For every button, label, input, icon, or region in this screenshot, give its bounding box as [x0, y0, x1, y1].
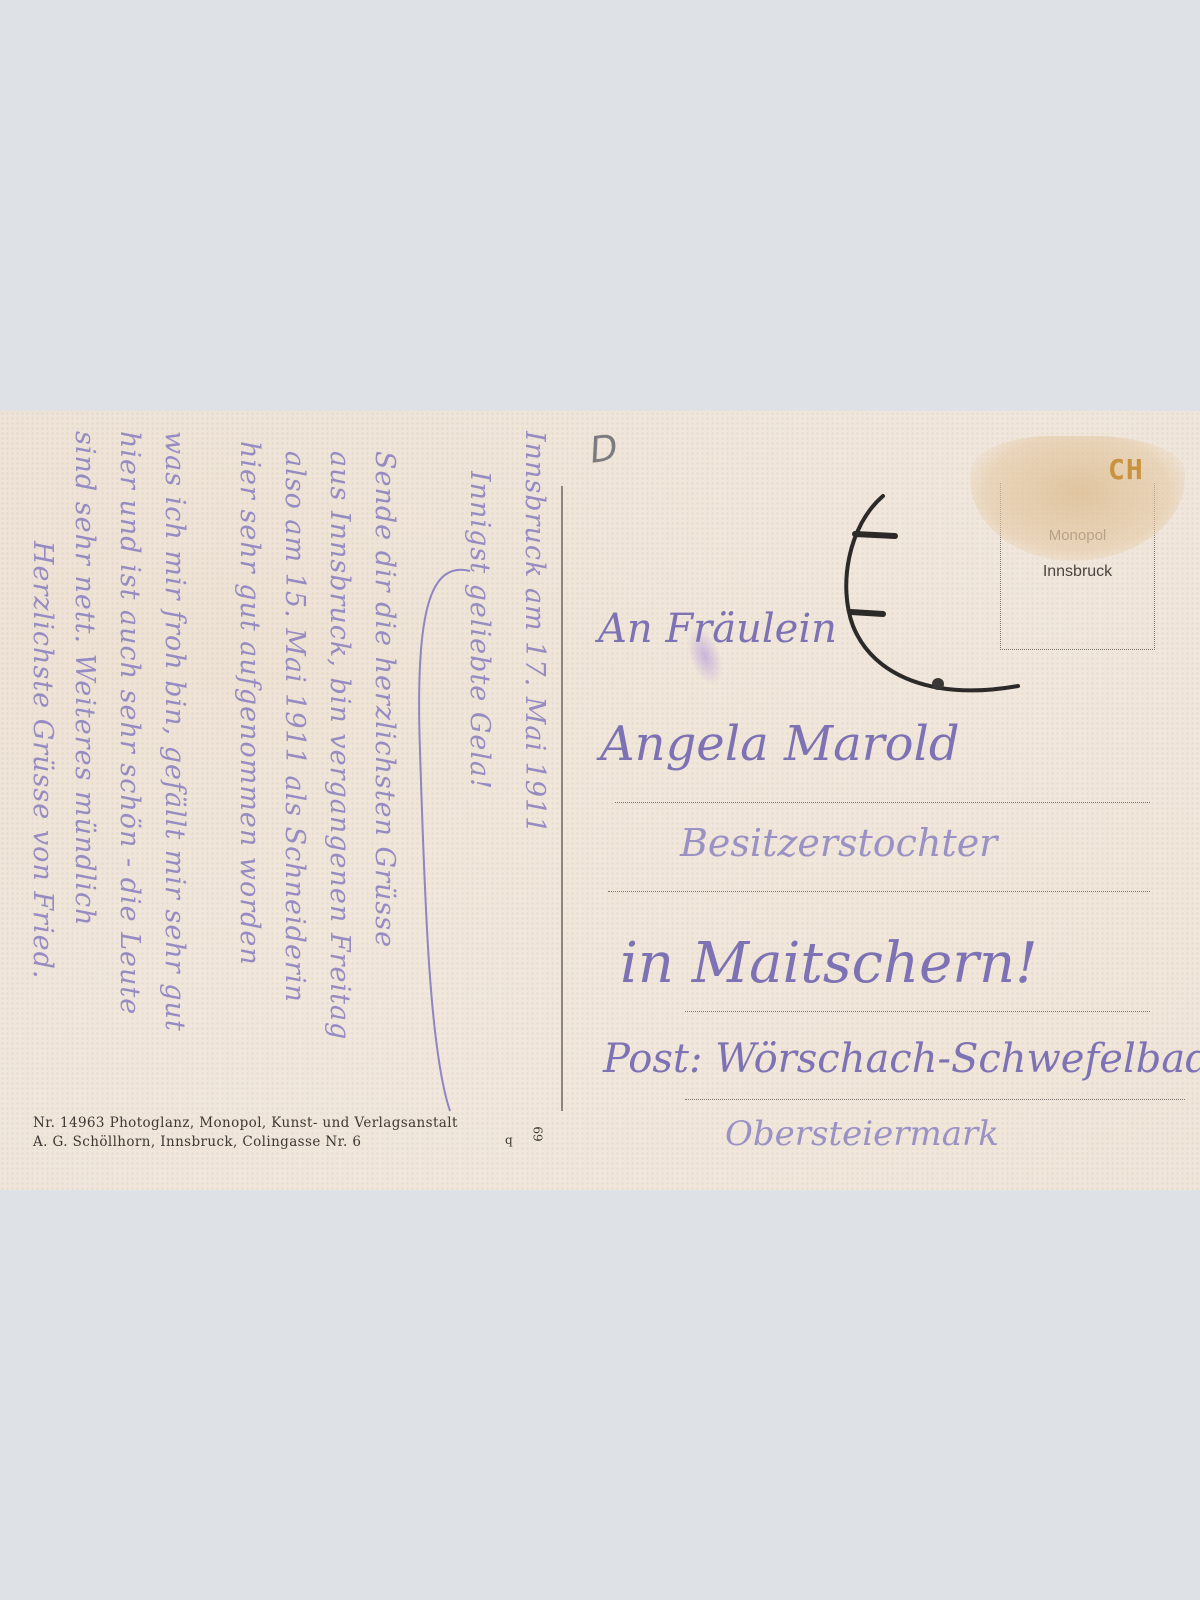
message-line: hier sehr gut aufgenommen worden [234, 441, 265, 966]
signature-flourish [410, 551, 490, 1131]
address-line [615, 802, 1150, 803]
imprint-code-number: 69 [531, 1126, 545, 1141]
message-line: Herzlichste Grüsse von Fried. [27, 541, 58, 979]
message-line: also am 15. Mai 1911 als Schneiderin [279, 451, 310, 1003]
address-salutation: An Fräulein [598, 606, 837, 652]
address-line [608, 891, 1150, 892]
message-line: Sende dir die herzlichsten Grüsse [369, 451, 400, 948]
address-post: Post: Wörschach-Schwefelbad [603, 1036, 1200, 1082]
address-name: Angela Marold [600, 716, 960, 772]
message-line: aus Innsbruck, bin vergangenen Freitag [324, 451, 355, 1040]
message-line: Innsbruck am 17. Mai 1911 [519, 431, 550, 834]
center-divider [561, 486, 563, 1111]
message-line: sind sehr nett. Weiteres mündlich [69, 431, 100, 926]
address-line [685, 1011, 1150, 1012]
postcard: D Innsbruck am 17. Mai 1911 Innigst geli… [0, 411, 1200, 1190]
imprint-line-2: A. G. Schöllhorn, Innsbruck, Colingasse … [33, 1133, 458, 1152]
message-line: hier und ist auch sehr schön - die Leute [114, 431, 145, 1015]
message-line: was ich mir froh bin, gefällt mir sehr g… [159, 431, 190, 1032]
stamp-residue-text: CH [1108, 453, 1144, 486]
address-title: Besitzerstochter [680, 821, 997, 865]
imprint-line-1: Nr. 14963 Photoglanz, Monopol, Kunst- un… [33, 1114, 458, 1133]
address-region: Obersteiermark [725, 1114, 999, 1154]
address-line [685, 1099, 1185, 1100]
corner-mark: D [587, 427, 620, 471]
address-place: in Maitschern! [620, 931, 1038, 996]
message-area: Innsbruck am 17. Mai 1911 Innigst gelieb… [10, 431, 550, 1111]
publisher-imprint: Nr. 14963 Photoglanz, Monopol, Kunst- un… [33, 1114, 458, 1152]
imprint-code-letter: q [505, 1133, 513, 1147]
postmark-icon [843, 486, 1053, 696]
